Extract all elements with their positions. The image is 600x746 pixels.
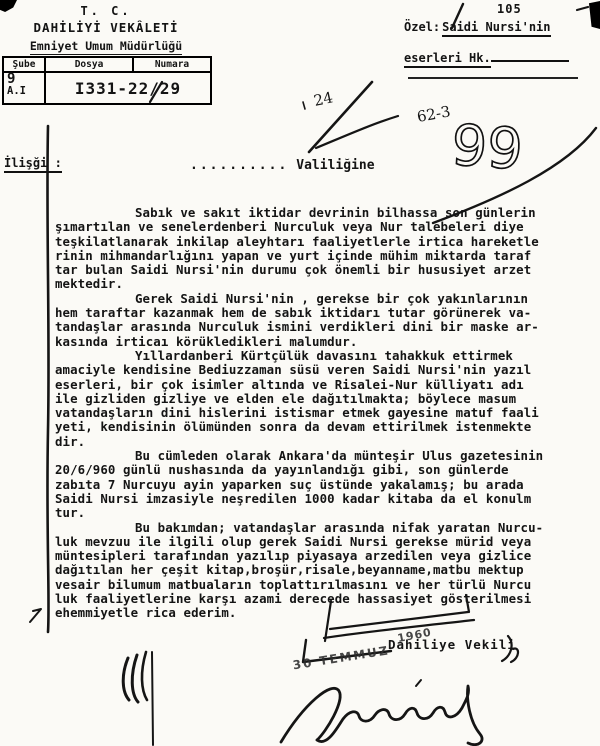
margin-arrow-mark <box>30 609 41 622</box>
page-number: 105 <box>497 2 522 16</box>
signer-title: Dahiliye Vekili <box>388 637 516 652</box>
paragraph-3: Yıllardanberi Kürtçülük davasını tahakku… <box>55 349 600 449</box>
sube-value-2: A.I <box>7 86 41 97</box>
sube-cell: 9 A.I <box>3 72 45 104</box>
filing-note-right: 62-3 <box>416 102 452 126</box>
dosya-numara-value: I331-22/29 <box>45 72 211 104</box>
paragraph-2: Gerek Saidi Nursi'nin , gerekse bir çok … <box>55 292 600 349</box>
column-header-numara: Numara <box>133 57 211 72</box>
subject-rule <box>408 77 578 79</box>
subject-label: Özel: <box>404 20 440 34</box>
paragraph-4: Bu cümleden olarak Ankara'da münteşir Ul… <box>55 449 600 520</box>
letterhead-ministry: DAHİLİYİ VEKÂLETİ <box>10 20 202 35</box>
letterhead: T. C. DAHİLİYİ VEKÂLETİ Emniyet Umum Müd… <box>10 4 202 55</box>
subject-text-1: Saidi Nursi'nin <box>442 20 550 37</box>
paragraph-1: Sabık ve sakıt iktidar devrinin bilhassa… <box>55 206 600 292</box>
letter-body: Sabık ve sakıt iktidar devrinin bilhassa… <box>55 206 600 621</box>
reference-table-header-row: Şube Dosya Numara <box>3 57 211 72</box>
attachment-label: İlişği : <box>4 156 62 173</box>
svg-text:99: 99 <box>449 113 525 183</box>
handwritten-filing-note: 24 62-3 <box>303 82 452 152</box>
column-header-dosya: Dosya <box>45 57 133 72</box>
column-header-sube: Şube <box>3 57 45 72</box>
salutation: ..........Valiliğine <box>190 158 375 173</box>
salutation-dots: .......... <box>190 158 288 173</box>
filing-note-left: 24 <box>312 88 334 110</box>
subject-underline-extension <box>491 48 569 62</box>
salutation-name: Valiliğine <box>296 158 374 173</box>
subject-line-1: Özel:Saidi Nursi'nin <box>404 20 598 34</box>
reference-table-value-row: 9 A.I I331-22/29 <box>3 72 211 104</box>
bottom-left-pen-marks <box>123 652 153 745</box>
reference-table: Şube Dosya Numara 9 A.I I331-22/29 <box>2 56 212 105</box>
subject-block: Özel:Saidi Nursi'nin eserleri Hk. <box>404 20 598 79</box>
subject-line-2: eserleri Hk. <box>404 48 598 65</box>
paragraph-5: Bu bakımdan; vatandaşlar arasında nifak … <box>55 521 600 621</box>
date-stamp-daymonth: 30 TEMMUZ <box>292 643 391 672</box>
letterhead-department: Emniyet Umum Müdürlüğü <box>30 39 182 55</box>
letterhead-country: T. C. <box>10 4 202 18</box>
margin-pen-line <box>47 126 48 632</box>
subject-text-2: eserleri Hk. <box>404 51 491 68</box>
signature-scribble <box>281 680 482 745</box>
scanned-letter-page: T. C. DAHİLİYİ VEKÂLETİ Emniyet Umum Müd… <box>0 0 600 746</box>
